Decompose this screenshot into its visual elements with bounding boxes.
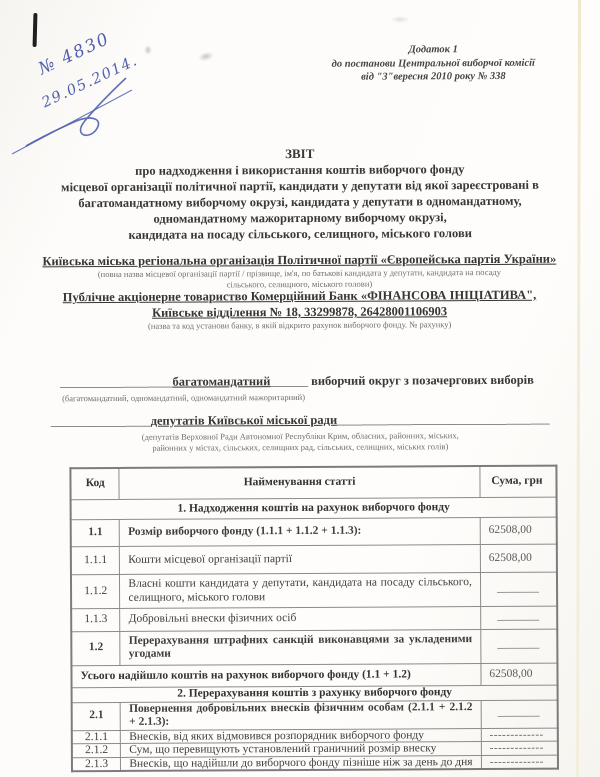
annex-line: від "3"вересня 2010 року № 338 bbox=[276, 69, 590, 84]
row-code: 1.1 bbox=[71, 519, 120, 546]
district-type: багатомандатний bbox=[172, 374, 270, 389]
table-row: 1.1.3Добровільні внески фізичних осіб bbox=[71, 606, 557, 631]
row-code: 1.1.2 bbox=[71, 574, 120, 608]
funds-report-table: Код Найменування статті Сума, грн 1. Над… bbox=[69, 465, 559, 773]
row-sum bbox=[481, 700, 558, 728]
row-name: Розмір виборчого фонду (1.1.1 + 1.1.2 + … bbox=[120, 518, 481, 546]
row-name: Добровільні внески фізичних осіб bbox=[120, 607, 481, 631]
row-sum: ------------- bbox=[481, 741, 558, 755]
title-line: кандидата на посаду сільського, селищног… bbox=[17, 225, 583, 244]
row-code: 2.1.2 bbox=[72, 743, 121, 757]
section-title: 1. Надходження коштів на рахунок виборчо… bbox=[71, 497, 557, 520]
fill-blank: ________________ bbox=[51, 414, 151, 429]
council-text: депутатів Київської міської ради bbox=[151, 413, 338, 428]
table-section-row: 1. Надходження коштів на рахунок виборчо… bbox=[71, 497, 557, 520]
row-name: Перерахування штрафних санкцій виконавця… bbox=[120, 629, 481, 665]
table-row: 2.1.3Внесків, що надійшли до виборчого ф… bbox=[72, 755, 558, 772]
organization-block: Київська міська регіональна організація … bbox=[9, 251, 589, 290]
row-sum: ------------- bbox=[481, 755, 558, 769]
bank-note: (назва та код установи банку, в якій від… bbox=[10, 318, 590, 332]
bank-block: Публічне акціонерне товариство Комерційн… bbox=[9, 286, 589, 332]
district-line: __________________багатомандатний______ … bbox=[60, 373, 580, 391]
annex-reference-block: Додаток 1 до постанови Центральної вибор… bbox=[276, 42, 590, 84]
district-note: (багатомандатний, одномандатний, одноман… bbox=[62, 392, 305, 404]
header-name: Найменування статті bbox=[119, 466, 480, 499]
council-line: ________________депутатів Київської місь… bbox=[10, 411, 590, 429]
total-label: Усього надійшло коштів на рахунок виборч… bbox=[71, 663, 480, 688]
title-line: багатомандатному виборчому окрузі, канди… bbox=[17, 193, 583, 212]
council-note: районних у містах, сільських, селищних р… bbox=[10, 440, 590, 454]
row-sum bbox=[481, 629, 558, 663]
row-code: 2.1.1 bbox=[72, 730, 121, 744]
header-code: Код bbox=[70, 468, 119, 499]
scanned-report-page: № 4830 29.05.2014. Додаток 1 до постанов… bbox=[0, 0, 600, 777]
blank-sum-line bbox=[497, 582, 539, 593]
row-sum: ------------- bbox=[481, 728, 558, 742]
bank-name: Публічне акціонерне товариство Комерційн… bbox=[9, 286, 589, 305]
table-total-row: Усього надійшло коштів на рахунок виборч… bbox=[71, 663, 557, 688]
row-name: Власні кошти кандидата у депутати, канди… bbox=[120, 573, 481, 609]
row-code: 1.1.3 bbox=[71, 608, 120, 631]
table-header-row: Код Найменування статті Сума, грн bbox=[70, 466, 556, 500]
table-row: 1.1.1Кошти місцевої організації партії62… bbox=[71, 544, 557, 575]
table-row: 1.2Перерахування штрафних санкцій викона… bbox=[71, 629, 557, 666]
row-sum bbox=[480, 572, 557, 606]
row-code: 1.2 bbox=[71, 631, 120, 665]
fill-blank: __________________ bbox=[60, 375, 173, 390]
table-row: 2.1Повернення добровільних внесків фізич… bbox=[72, 700, 558, 731]
table-row: 1.1Розмір виборчого фонду (1.1.1 + 1.1.2… bbox=[71, 517, 557, 546]
row-code: 2.1.3 bbox=[72, 757, 121, 771]
total-sum: 62508,00 bbox=[481, 663, 558, 686]
fill-blank: __________________________________ bbox=[337, 412, 550, 427]
blank-sum-line bbox=[497, 610, 539, 621]
row-code: 2.1 bbox=[72, 702, 121, 730]
fill-blank: ______ bbox=[270, 374, 308, 388]
blank-sum-line bbox=[498, 706, 540, 717]
row-sum: 62508,00 bbox=[480, 517, 557, 544]
organization-name: Київська міська регіональна організація … bbox=[9, 251, 589, 269]
row-name: Повернення добровільних внесків фізичним… bbox=[121, 700, 482, 730]
row-name: Кошти місцевої організації партії bbox=[120, 544, 481, 574]
district-suffix: виборчий округ з позачергових виборів bbox=[308, 373, 534, 388]
row-name: Сум, що перевищують установлений граничн… bbox=[121, 742, 482, 757]
council-notes: (депутатів Верховної Ради Автономної Рес… bbox=[10, 429, 590, 453]
table-row: 1.1.2Власні кошти кандидата у депутати, … bbox=[71, 572, 557, 609]
row-sum bbox=[480, 606, 557, 629]
header-sum: Сума, грн bbox=[480, 466, 557, 497]
blank-sum-line bbox=[497, 638, 539, 649]
row-code: 1.1.1 bbox=[71, 546, 120, 575]
row-sum: 62508,00 bbox=[480, 544, 557, 573]
report-title: ЗВІТ про надходження і використання кошт… bbox=[17, 145, 583, 244]
row-name: Внесків, що надійшли до виборчого фонду … bbox=[121, 755, 482, 771]
